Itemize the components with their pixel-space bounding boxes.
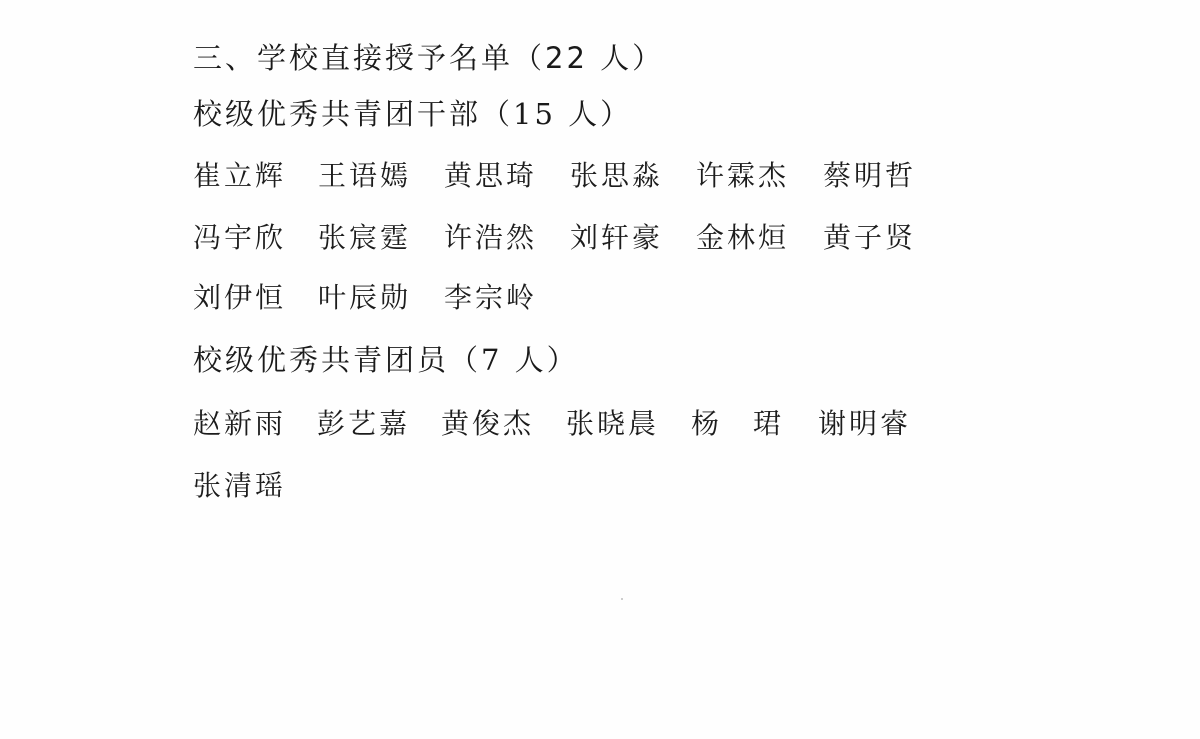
name-entry: 张清瑶	[193, 466, 286, 506]
name-entry: 刘轩豪	[570, 218, 663, 258]
name-entry: 杨 珺	[691, 404, 784, 444]
name-entry: 黄俊杰	[441, 404, 534, 444]
name-entry: 刘伊恒	[193, 278, 286, 318]
name-entry: 李宗岭	[444, 278, 537, 318]
section-title: 三、学校直接授予名单（22 人）	[193, 38, 664, 78]
name-entry: 黄子贤	[823, 218, 916, 258]
name-entry: 王语嫣	[318, 156, 411, 196]
name-entry: 许霖杰	[696, 156, 789, 196]
name-entry: 张宸霆	[318, 218, 411, 258]
name-entry: 崔立辉	[193, 156, 286, 196]
name-entry: 谢明睿	[818, 404, 911, 444]
name-entry: 蔡明哲	[823, 156, 916, 196]
name-entry: 张思淼	[570, 156, 663, 196]
name-entry: 张晓晨	[566, 404, 659, 444]
name-entry: 金林烜	[696, 218, 789, 258]
name-entry: 彭艺嘉	[317, 404, 410, 444]
document-page: 三、学校直接授予名单（22 人） 校级优秀共青团干部（15 人） 崔立辉 王语嫣…	[0, 0, 1200, 739]
scan-speck	[621, 598, 623, 600]
name-entry: 冯宇欣	[193, 218, 286, 258]
name-entry: 叶辰勋	[318, 278, 411, 318]
group-title-cadres: 校级优秀共青团干部（15 人）	[193, 94, 632, 134]
name-entry: 赵新雨	[193, 404, 286, 444]
name-entry: 黄思琦	[444, 156, 537, 196]
name-entry: 许浩然	[444, 218, 537, 258]
group-title-members: 校级优秀共青团员（7 人）	[193, 340, 579, 380]
